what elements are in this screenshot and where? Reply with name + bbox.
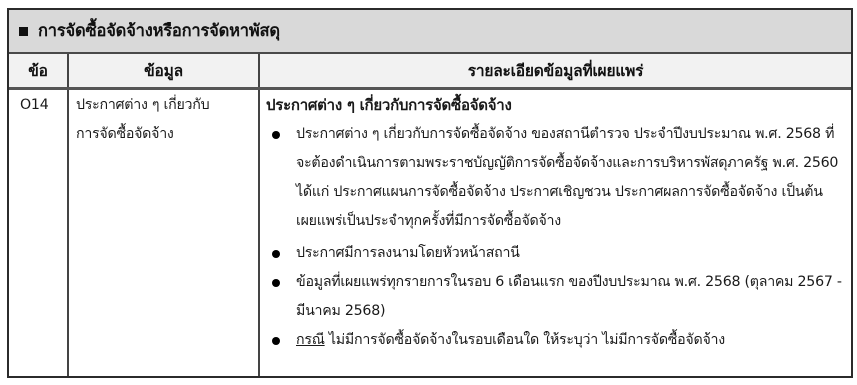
item-info-line: ประกาศต่าง ๆ เกี่ยวกับ [76, 91, 258, 120]
bullet-text: ประกาศต่าง ๆ เกี่ยวกับการจัดซื้อจัดจ้าง … [296, 126, 838, 229]
item-number: O14 [9, 90, 69, 376]
column-header-row: ข้อ ข้อมูล รายละเอียดข้อมูลที่เผยแพร่ [9, 54, 851, 90]
column-header-no: ข้อ [9, 54, 69, 87]
column-header-info: ข้อมูล [69, 54, 260, 87]
disclosure-table: การจัดซื้อจัดจ้างหรือการจัดหาพัสดุ ข้อ ข… [7, 8, 853, 378]
details-bullet-list: ประกาศต่าง ๆ เกี่ยวกับการจัดซื้อจัดจ้าง … [266, 120, 843, 355]
details-bullet-item: ข้อมูลที่เผยแพร่ทุกรายการในรอบ 6 เดือนแร… [266, 268, 843, 326]
table-row: O14 ประกาศต่าง ๆ เกี่ยวกับ การจัดซื้อจัด… [9, 90, 851, 376]
column-header-details: รายละเอียดข้อมูลที่เผยแพร่ [260, 54, 851, 87]
bullet-icon [272, 131, 280, 139]
bullet-underlined-prefix: กรณี [296, 332, 325, 348]
bullet-text: ข้อมูลที่เผยแพร่ทุกรายการในรอบ 6 เดือนแร… [296, 274, 842, 319]
section-header: การจัดซื้อจัดจ้างหรือการจัดหาพัสดุ [9, 10, 851, 54]
details-bullet-item: ประกาศมีการลงนามโดยหัวหน้าสถานี [266, 239, 843, 268]
item-info-line: การจัดซื้อจัดจ้าง [76, 120, 258, 149]
details-bullet-item: กรณี ไม่มีการจัดซื้อจัดจ้างในรอบเดือนใด … [266, 326, 843, 355]
bullet-text: ไม่มีการจัดซื้อจัดจ้างในรอบเดือนใด ให้ระ… [325, 332, 725, 348]
item-info: ประกาศต่าง ๆ เกี่ยวกับ การจัดซื้อจัดจ้าง [69, 90, 260, 376]
item-details: ประกาศต่าง ๆ เกี่ยวกับการจัดซื้อจัดจ้าง … [260, 90, 851, 376]
section-title: การจัดซื้อจัดจ้างหรือการจัดหาพัสดุ [38, 18, 280, 44]
bullet-icon [272, 279, 280, 287]
details-bullet-item: ประกาศต่าง ๆ เกี่ยวกับการจัดซื้อจัดจ้าง … [266, 120, 843, 239]
bullet-icon [272, 337, 280, 345]
bullet-icon [272, 250, 280, 258]
details-heading: ประกาศต่าง ๆ เกี่ยวกับการจัดซื้อจัดจ้าง [266, 91, 843, 120]
bullet-text: ประกาศมีการลงนามโดยหัวหน้าสถานี [296, 245, 520, 261]
black-square-icon [19, 27, 28, 36]
